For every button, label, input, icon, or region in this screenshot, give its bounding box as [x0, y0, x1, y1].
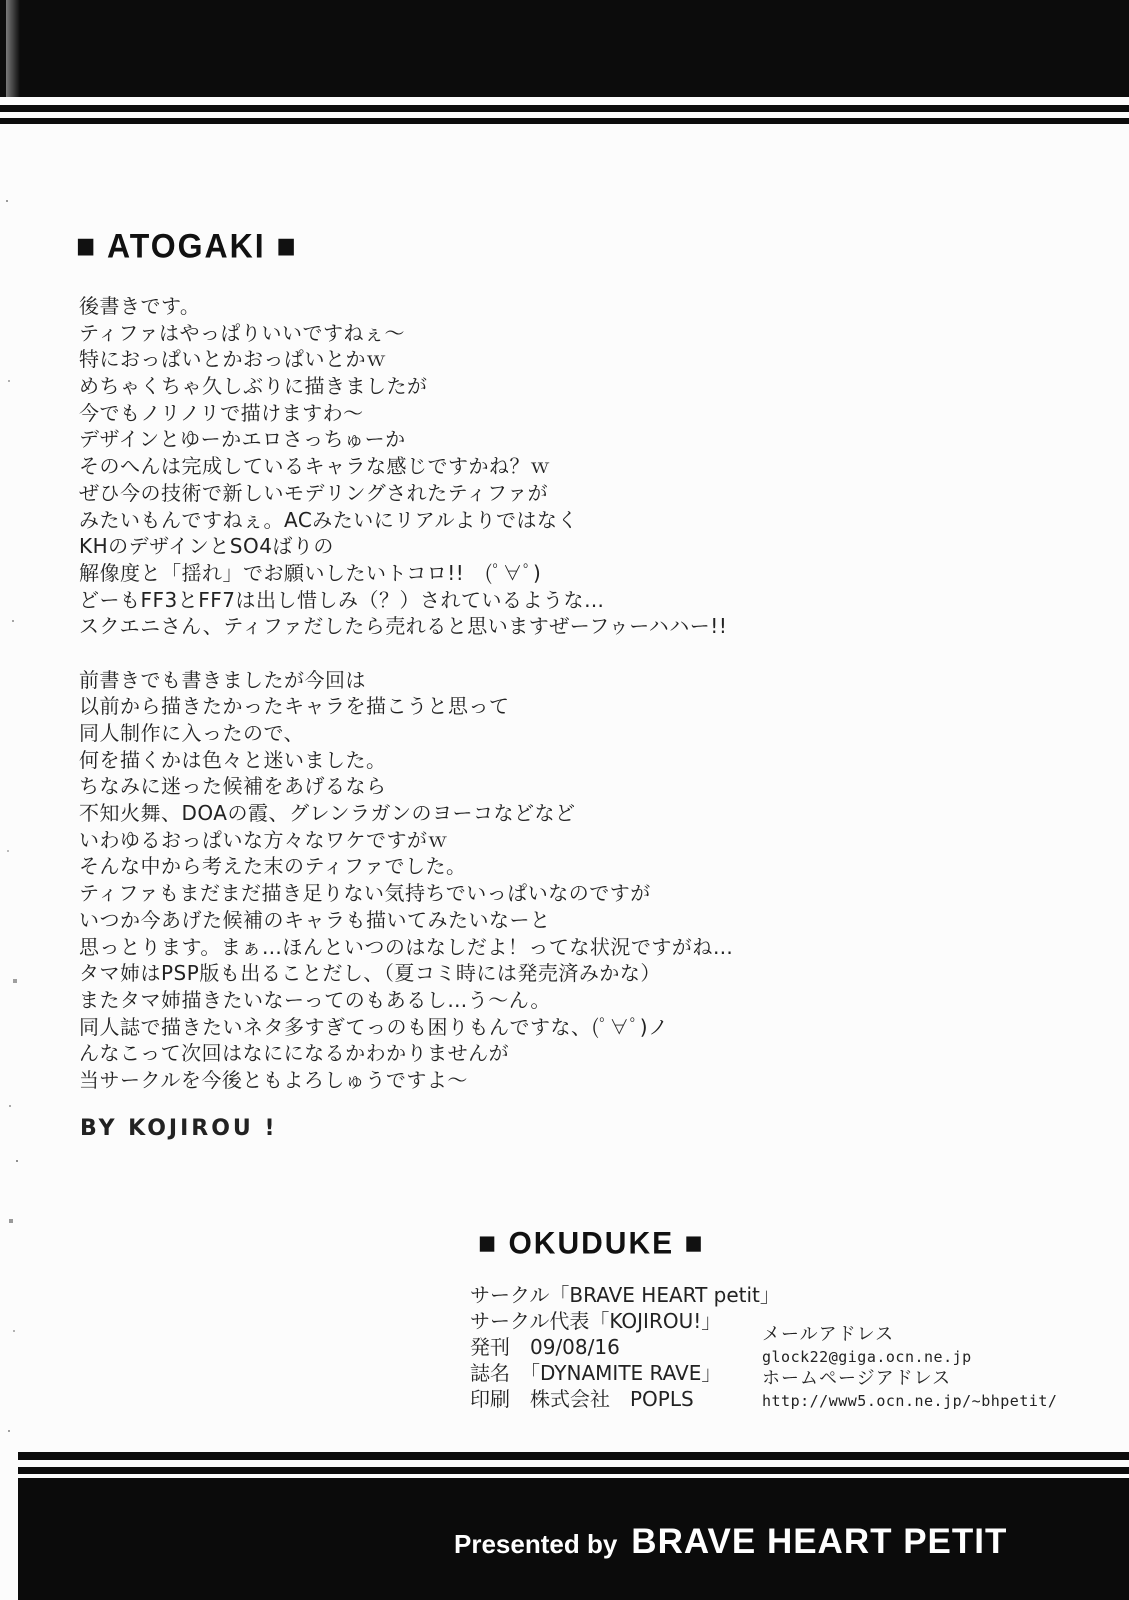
- afterword-line: 何を描くかは色々と迷いました。: [79, 747, 733, 774]
- circle-name-text: BRAVE HEART PETIT: [631, 1522, 1007, 1562]
- afterword-line: 以前から描きたかったキャラを描こうと思って: [79, 693, 733, 720]
- afterword-line: 不知火舞、DOAの霞、グレンラガンのヨーコなどなど: [79, 800, 733, 827]
- scanned-doujin-page: ■ ATOGAKI ■ 後書きです。 ティファはやっぱりいいですねぇ～ 特におっ…: [0, 0, 1129, 1600]
- afterword-line: KHのデザインとSO4ばりの: [79, 533, 733, 560]
- contact-info: メールアドレス glock22@giga.ocn.ne.jp ホームページアドレ…: [762, 1324, 1057, 1412]
- afterword-line: 前書きでも書きましたが今回は: [79, 667, 733, 694]
- email-label: メールアドレス: [762, 1324, 1057, 1346]
- afterword-blank-line: [79, 640, 733, 667]
- bottom-rule-1: [18, 1452, 1129, 1460]
- bottom-rule-2: [18, 1467, 1129, 1474]
- afterword-line: そんな中から考えた末のティファでした。: [79, 853, 733, 880]
- afterword-line: ティファはやっぱりいいですねぇ～: [79, 320, 733, 347]
- afterword-line: んなこって次回はなにになるかわかりませんが: [79, 1040, 733, 1067]
- afterword-line: ぜひ今の技術で新しいモデリングされたティファが: [79, 480, 733, 507]
- afterword-line: 同人誌で描きたいネタ多すぎてっのも困りもんですな、(ﾟ∀ﾟ)ノ: [79, 1014, 733, 1041]
- colophon-circle: サークル「BRAVE HEART petit」: [470, 1282, 780, 1308]
- afterword-line: 後書きです。: [79, 293, 733, 320]
- colophon-publish-date: 発刊 09/08/16: [470, 1334, 780, 1360]
- afterword-line: ちなみに迷った候補をあげるなら: [79, 773, 733, 800]
- top-rule-1: [0, 105, 1129, 112]
- colophon-printer: 印刷 株式会社 POPLS: [470, 1386, 780, 1412]
- top-black-bar: [0, 0, 1129, 97]
- email-address: glock22@giga.ocn.ne.jp: [762, 1346, 1057, 1368]
- afterword-line: いつか今あげた候補のキャラも描いてみたいなーと: [79, 907, 733, 934]
- afterword-line: ティファもまだまだ描き足りない気持ちでいっぱいなのですが: [79, 880, 733, 907]
- afterword-line: またタマ姉描きたいなーってのもあるし…う～ん。: [79, 987, 733, 1014]
- homepage-url: http://www5.ocn.ne.jp/~bhpetit/: [762, 1390, 1057, 1412]
- afterword-line: スクエニさん、ティファだしたら売れると思いますぜーフゥーハハー!!: [79, 613, 733, 640]
- afterword-line: 特におっぱいとかおっぱいとかｗ: [79, 346, 733, 373]
- afterword-line: 解像度と「揺れ」でお願いしたいトコロ!! (ﾟ∀ﾟ): [79, 560, 733, 587]
- author-signature: BY KOJIROU !: [80, 1116, 278, 1141]
- afterword-line: 今でもノリノリで描けますわ～: [79, 400, 733, 427]
- afterword-line: めちゃくちゃ久しぶりに描きましたが: [79, 373, 733, 400]
- footer-credit: Presented by BRAVE HEART PETIT: [454, 1522, 1007, 1562]
- okuduke-heading: ■ OKUDUKE ■: [478, 1226, 705, 1262]
- afterword-line: 思っとります。まぁ…ほんといつのはなしだよ！ってな状況ですがね…: [79, 934, 733, 961]
- scan-speckles: [6, 200, 8, 202]
- afterword-line: どーもFF3とFF7は出し惜しみ（？）されているような…: [79, 587, 733, 614]
- afterword-line: タマ姉はPSP版も出ることだし、（夏コミ時には発売済みかな）: [79, 960, 733, 987]
- afterword-line: みたいもんですねぇ。ACみたいにリアルよりではなく: [79, 507, 733, 534]
- presented-by-text: Presented by: [454, 1529, 617, 1560]
- afterword-text: 後書きです。 ティファはやっぱりいいですねぇ～ 特におっぱいとかおっぱいとかｗ …: [79, 293, 733, 1094]
- colophon-representative: サークル代表「KOJIROU!」: [470, 1308, 780, 1334]
- afterword-line: デザインとゆーかエロさっちゅーか: [79, 426, 733, 453]
- colophon-book-title: 誌名 「DYNAMITE RAVE」: [470, 1360, 780, 1386]
- afterword-line: そのへんは完成しているキャラな感じですかね？ｗ: [79, 453, 733, 480]
- homepage-label: ホームページアドレス: [762, 1368, 1057, 1390]
- scan-streak-artifact: [6, 0, 20, 97]
- atogaki-heading: ■ ATOGAKI ■: [76, 226, 298, 266]
- bottom-black-bar: Presented by BRAVE HEART PETIT: [18, 1478, 1129, 1600]
- top-rule-2: [0, 118, 1129, 124]
- afterword-line: 当サークルを今後ともよろしゅうですよ～: [79, 1067, 733, 1094]
- afterword-line: いわゆるおっぱいな方々なワケですがｗ: [79, 827, 733, 854]
- colophon-info: サークル「BRAVE HEART petit」 サークル代表「KOJIROU!」…: [470, 1282, 780, 1412]
- afterword-line: 同人制作に入ったので、: [79, 720, 733, 747]
